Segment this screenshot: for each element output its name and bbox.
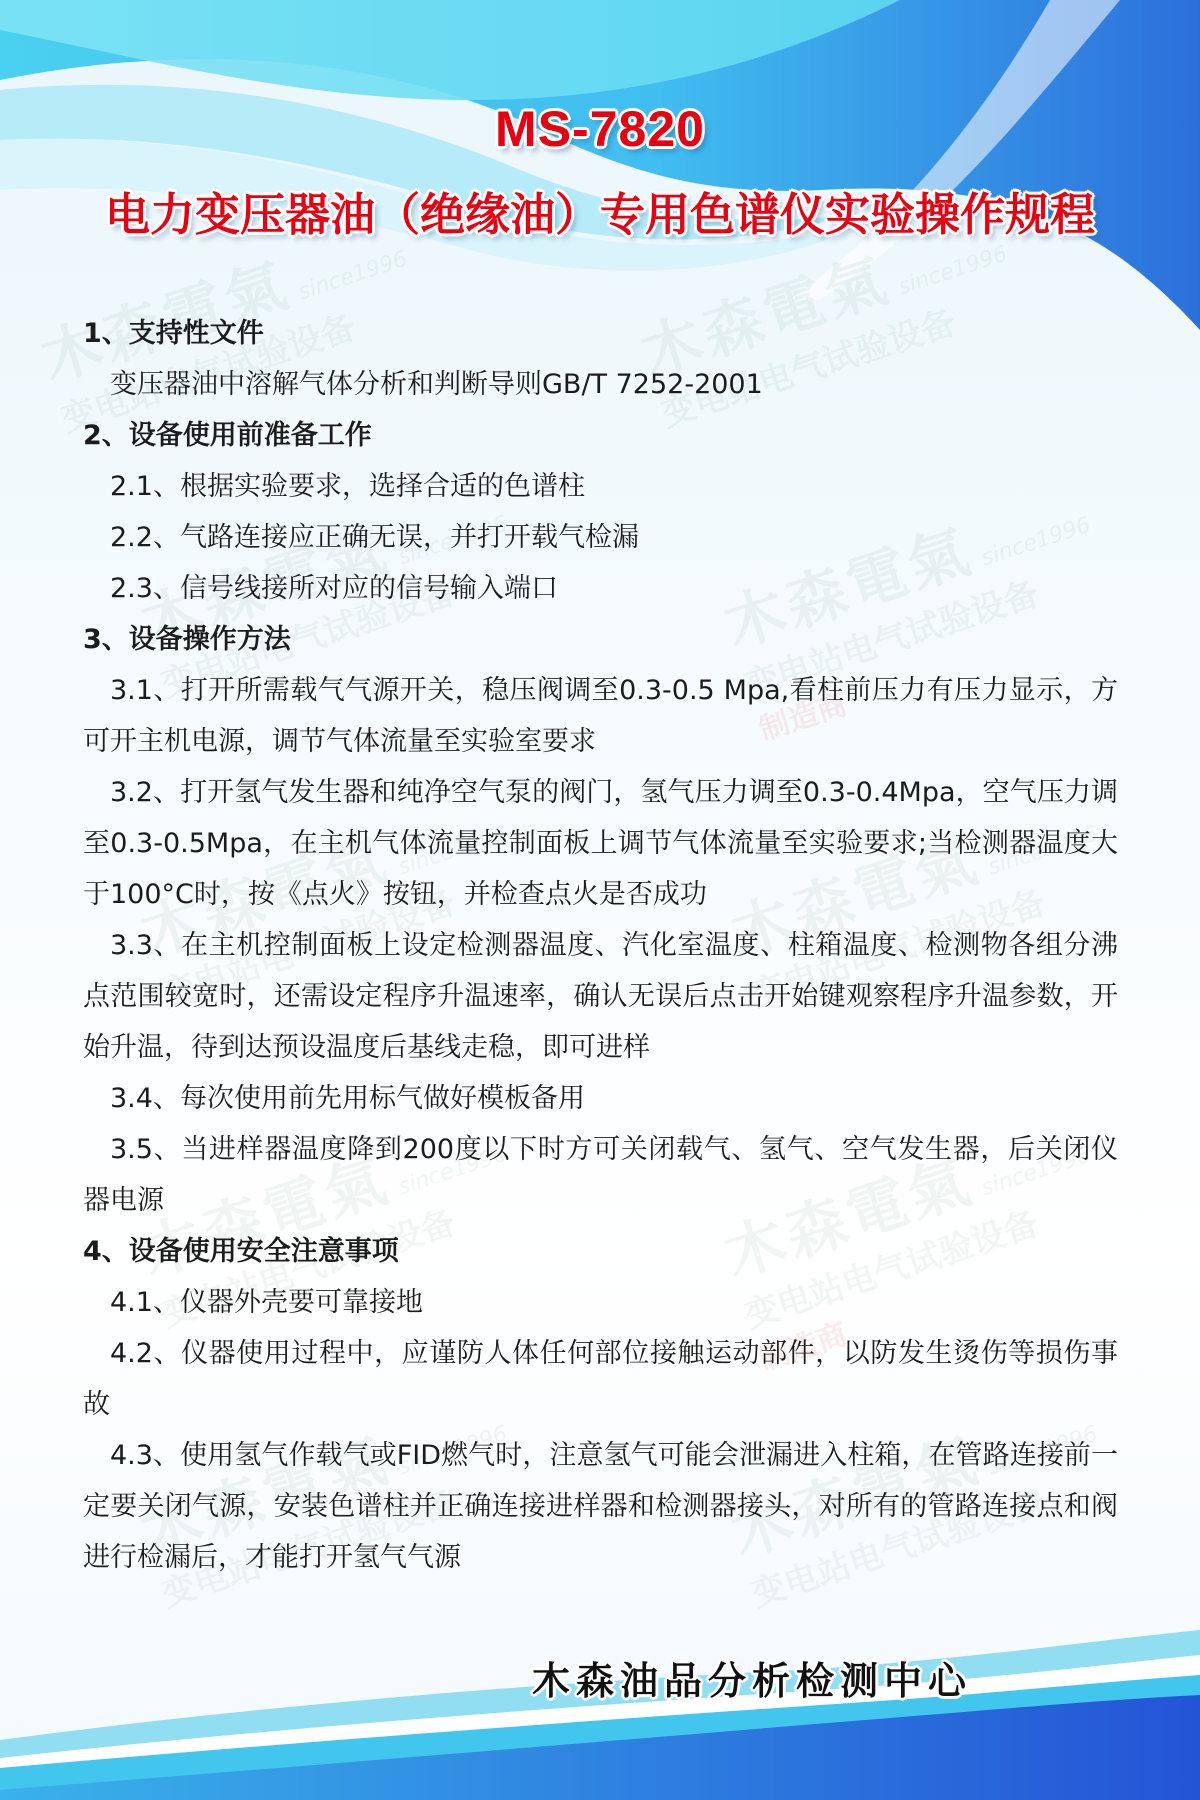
section-heading: 2、设备使用前准备工作 bbox=[83, 410, 1118, 461]
section-item: 3.4、每次使用前先用标气做好模板备用 bbox=[83, 1073, 1118, 1124]
section-item: 2.2、气路连接应正确无误，并打开载气检漏 bbox=[83, 512, 1118, 563]
section-item: 3.3、在主机控制面板上设定检测器温度、汽化室温度、柱箱温度、检测物各组分沸点范… bbox=[83, 920, 1118, 1073]
section-item: 3.2、打开氢气发生器和纯净空气泵的阀门，氢气压力调至0.3-0.4Mpa，空气… bbox=[83, 767, 1118, 920]
section-item: 4.1、仪器外壳要可靠接地 bbox=[83, 1277, 1118, 1328]
model-number: MS-7820 bbox=[0, 100, 1200, 158]
section-item: 3.5、当进样器温度降到200度以下时方可关闭载气、氢气、空气发生器，后关闭仪器… bbox=[83, 1124, 1118, 1226]
section-item: 3.1、打开所需载气气源开关，稳压阀调至0.3-0.5 Mpa,看柱前压力有压力… bbox=[83, 665, 1118, 767]
section-heading: 1、支持性文件 bbox=[83, 308, 1118, 359]
section-item: 变压器油中溶解气体分析和判断导则GB/T 7252-2001 bbox=[83, 359, 1118, 410]
section-heading: 3、设备操作方法 bbox=[83, 614, 1118, 665]
section-item: 4.3、使用氢气作载气或FID燃气时，注意氢气可能会泄漏进入柱箱，在管路连接前一… bbox=[83, 1430, 1118, 1583]
page-title: 电力变压器油（绝缘油）专用色谱仪实验操作规程 bbox=[0, 178, 1200, 243]
section-item: 2.3、信号线接所对应的信号输入端口 bbox=[83, 563, 1118, 614]
procedure-content: 1、支持性文件 变压器油中溶解气体分析和判断导则GB/T 7252-2001 2… bbox=[83, 308, 1118, 1583]
organization-signature: 木森油品分析检测中心 bbox=[532, 1650, 972, 1705]
section-safety: 4、设备使用安全注意事项 4.1、仪器外壳要可靠接地 4.2、仪器使用过程中，应… bbox=[83, 1226, 1118, 1583]
section-item: 4.2、仪器使用过程中，应谨防人体任何部位接触运动部件，以防发生烫伤等损伤事故 bbox=[83, 1328, 1118, 1430]
section-item: 2.1、根据实验要求，选择合适的色谱柱 bbox=[83, 461, 1118, 512]
section-supporting-documents: 1、支持性文件 变压器油中溶解气体分析和判断导则GB/T 7252-2001 bbox=[83, 308, 1118, 410]
section-heading: 4、设备使用安全注意事项 bbox=[83, 1226, 1118, 1277]
section-preparation: 2、设备使用前准备工作 2.1、根据实验要求，选择合适的色谱柱 2.2、气路连接… bbox=[83, 410, 1118, 614]
section-operation: 3、设备操作方法 3.1、打开所需载气气源开关，稳压阀调至0.3-0.5 Mpa… bbox=[83, 614, 1118, 1226]
